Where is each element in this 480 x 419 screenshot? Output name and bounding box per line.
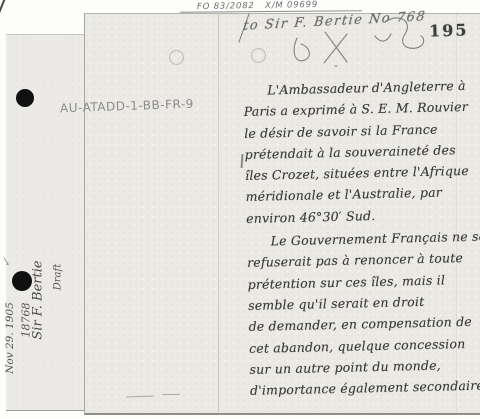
docket-date: Nov 29. 1905 — [4, 302, 16, 374]
punch-hole-icon — [12, 271, 32, 291]
pencil-flourish-marks — [225, 8, 425, 68]
docket-sender: Sir F. Bertie — [31, 260, 46, 339]
letter-body: L'Ambassadeur d'Angleterre à Paris a exp… — [243, 75, 480, 402]
punch-hole-icon — [16, 89, 34, 107]
scanned-document: FO 83/2082 X/M 09699 to Sir F. Bertie No… — [0, 0, 480, 419]
docket-number: 18768 — [20, 303, 33, 338]
embossed-ring-icon — [169, 50, 184, 65]
letter-line: environ 46°30′ Sud. — [246, 202, 480, 229]
pencil-check-mark: ✓ — [0, 257, 14, 268]
folio-number-stamp: 195 — [429, 20, 469, 40]
scan-corner-mark — [0, 0, 6, 14]
page-fold-line — [218, 13, 219, 412]
docket-draft-label: Draft — [53, 264, 64, 290]
left-page-strip — [6, 34, 84, 411]
